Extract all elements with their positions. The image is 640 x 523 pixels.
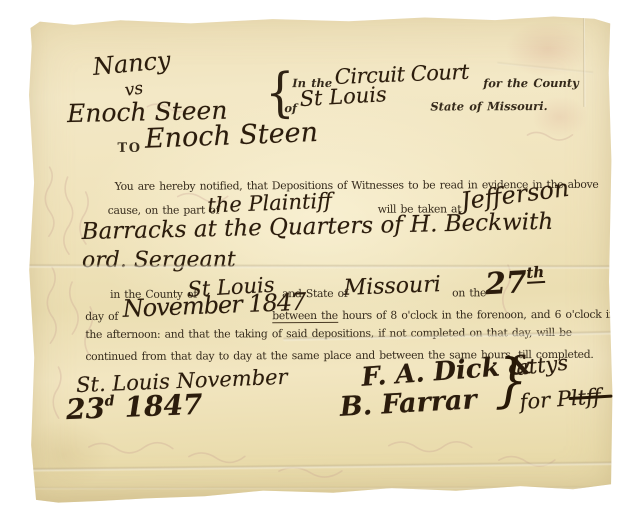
notice-paragraph: You are hereby notified, that Deposition… <box>27 15 612 18</box>
document-paper: Nancy vs Enoch Steen { In the Circuit Co… <box>27 15 614 504</box>
on-the-label: on the <box>452 286 486 299</box>
schedule-paragraph: in the County of St Louis and State of M… <box>27 15 612 18</box>
scan-background: { "colors": { "background": "#ffffff", "… <box>0 0 640 523</box>
notice-cause-part: cause, on the part of <box>108 203 220 216</box>
plaintiff-name: Nancy <box>92 46 172 81</box>
day-of-label: day of <box>85 310 118 323</box>
state-handwritten: Missouri <box>343 272 441 301</box>
dateline-day: 23 <box>65 392 105 427</box>
hours-rest: hours of 8 o'clock in the forenoon, and … <box>342 308 615 322</box>
court-header: { In the Circuit Court for the County of… <box>27 15 612 18</box>
fold-crease-lower <box>29 462 614 472</box>
addressee-name: Enoch Steen <box>144 117 318 155</box>
schedule-line-3: the afternoon: and that the taking of sa… <box>85 326 572 341</box>
addressee-line: TO Enoch Steen <box>27 15 612 18</box>
vertical-crease <box>583 15 585 107</box>
case-caption: Nancy vs Enoch Steen <box>27 15 612 18</box>
for-the-county-label: for the County <box>483 76 579 90</box>
dateline-year: 1847 <box>124 388 203 424</box>
signature-2: B. Farrar <box>339 384 478 423</box>
to-label: TO <box>117 141 141 156</box>
signature-role-1: attys <box>515 351 569 381</box>
day-number-handwritten: 27th <box>484 263 546 302</box>
of-label: of <box>284 101 297 115</box>
location-line-3: ord. Sergeant <box>82 247 236 273</box>
day-number: 27 <box>484 265 528 302</box>
dateline-day-suffix: d <box>104 393 114 409</box>
fold-crease-bottom <box>29 487 614 490</box>
day-ordinal-suffix: th <box>526 263 545 284</box>
between-the-underlined: between the <box>272 309 338 323</box>
dateline: St. Louis November 23d 1847 <box>27 15 612 18</box>
signature-role-2: for Pltff <box>519 384 602 414</box>
dateline-day-year: 23d 1847 <box>65 388 203 426</box>
signature-block: F. A. Dick & B. Farrar } attys for Pltff <box>27 15 612 18</box>
corner-crease <box>497 62 593 74</box>
state-label: State of Missouri. <box>430 99 547 114</box>
hours-line: between the hours of 8 o'clock in the fo… <box>272 308 615 322</box>
county-name-handwritten: St Louis <box>299 82 387 111</box>
